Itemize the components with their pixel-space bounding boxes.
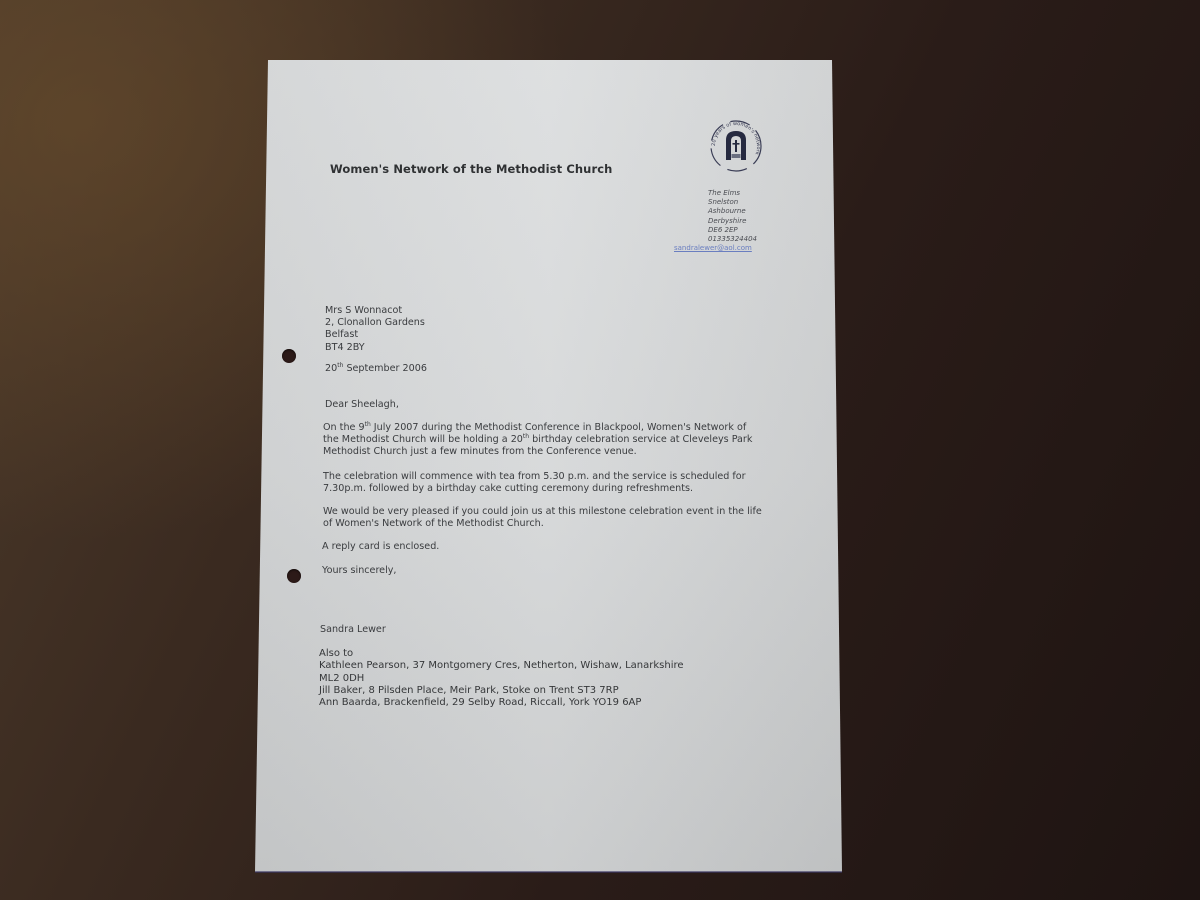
salutation: Dear Sheelagh,	[325, 399, 399, 411]
address-line: Ashbourne	[708, 207, 757, 216]
recipient-address: Mrs S Wonnacot 2, Clonallon Gardens Belf…	[325, 305, 425, 354]
punch-hole-top	[282, 349, 296, 363]
address-line: DE6 2EP	[708, 226, 757, 235]
recipient-line: Belfast	[325, 329, 425, 341]
paragraph-line: We would be very pleased if you could jo…	[323, 506, 762, 518]
address-line: Snelston	[708, 198, 757, 207]
paragraph-line: The celebration will commence with tea f…	[323, 471, 746, 483]
phone-number: 01335324404	[708, 235, 757, 244]
methodist-emblem-icon: 20 years of women's network	[708, 118, 764, 174]
paragraph-line: On the 9th July 2007 during the Methodis…	[323, 422, 752, 434]
recipient-line: Mrs S Wonnacot	[325, 305, 425, 317]
recipient-line: 2, Clonallon Gardens	[325, 317, 425, 329]
address-line: The Elms	[708, 189, 757, 198]
letter-paper	[255, 60, 842, 872]
paragraph-2: The celebration will commence with tea f…	[323, 471, 746, 495]
organisation-title: Women's Network of the Methodist Church	[330, 162, 612, 176]
recipient-line: BT4 2BY	[325, 342, 425, 354]
paragraph-3: We would be very pleased if you could jo…	[323, 506, 762, 530]
copy-recipient: Ann Baarda, Brackenfield, 29 Selby Road,…	[319, 697, 684, 709]
paragraph-line: 7.30p.m. followed by a birthday cake cut…	[323, 483, 746, 495]
paragraph-1: On the 9th July 2007 during the Methodis…	[323, 422, 752, 459]
signatory: Sandra Lewer	[320, 624, 386, 636]
closing: Yours sincerely,	[322, 565, 396, 577]
email-link[interactable]: sandralewer@aol.com	[674, 244, 752, 252]
copy-recipient: Kathleen Pearson, 37 Montgomery Cres, Ne…	[319, 660, 684, 672]
paragraph-4: A reply card is enclosed.	[322, 541, 439, 553]
date-rest: September 2006	[346, 363, 427, 374]
paragraph-line: Methodist Church just a few minutes from…	[323, 446, 752, 458]
paragraph-line: the Methodist Church will be holding a 2…	[323, 434, 752, 446]
paragraph-line: of Women's Network of the Methodist Chur…	[323, 518, 762, 530]
copies-list: Also to Kathleen Pearson, 37 Montgomery …	[319, 648, 684, 709]
copy-recipient: ML2 0DH	[319, 673, 684, 685]
copies-label: Also to	[319, 648, 684, 660]
paper-bottom-edge	[255, 871, 842, 873]
address-line: Derbyshire	[708, 217, 757, 226]
sender-address: The Elms Snelston Ashbourne Derbyshire D…	[708, 189, 757, 244]
date-day: 20	[325, 363, 337, 374]
date-suffix: th	[337, 362, 343, 369]
punch-hole-bottom	[287, 569, 301, 583]
copy-recipient: Jill Baker, 8 Pilsden Place, Meir Park, …	[319, 685, 684, 697]
letter-date: 20th September 2006	[325, 363, 427, 375]
